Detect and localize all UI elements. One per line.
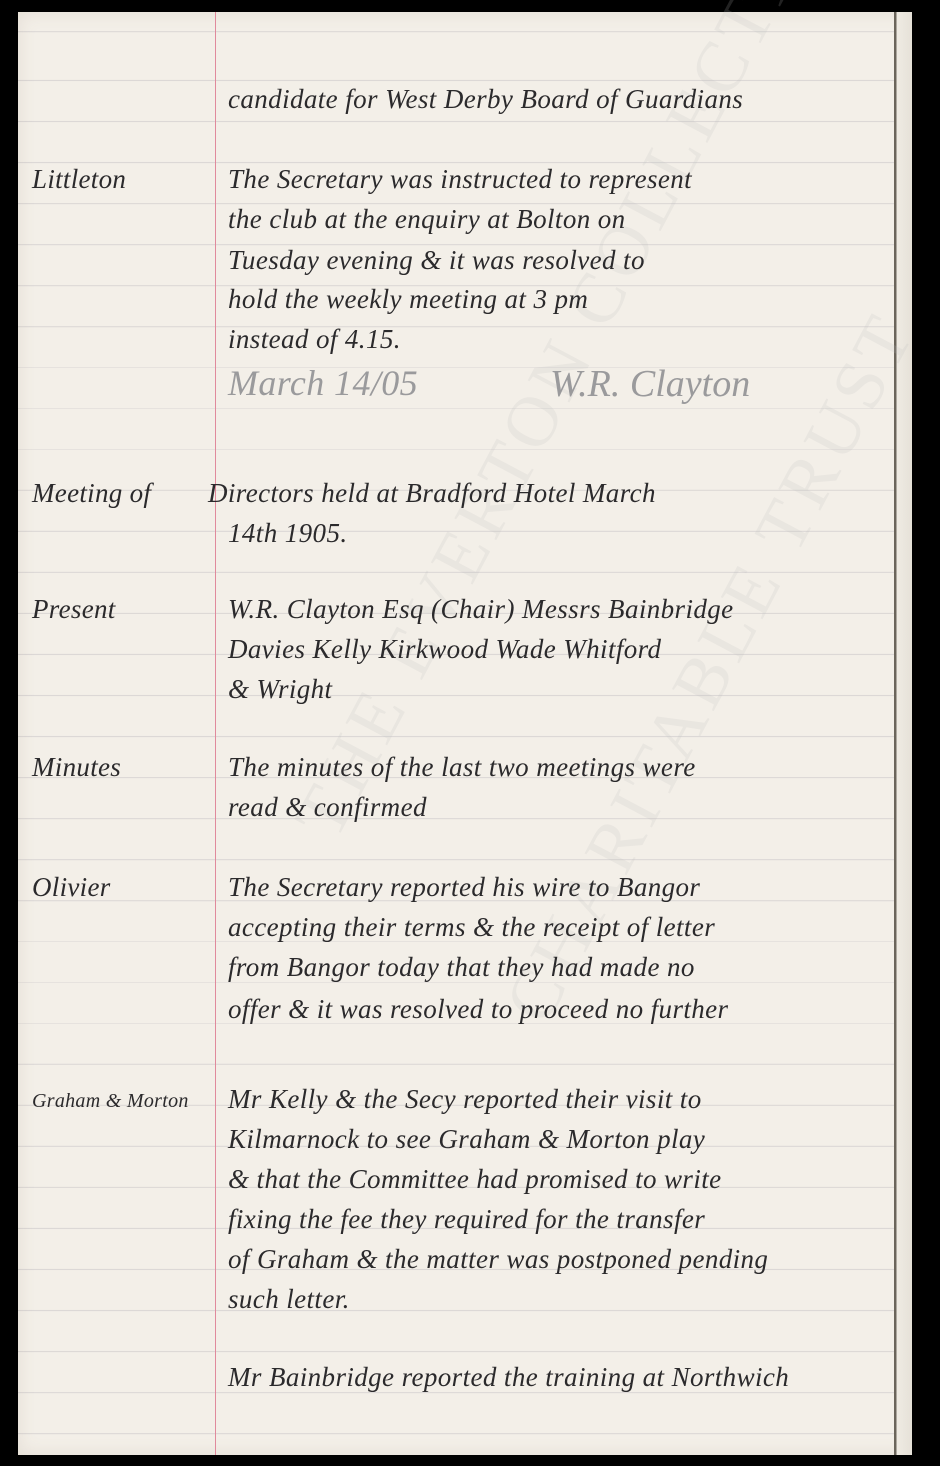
entry-line: The Secretary was instructed to represen… xyxy=(228,164,898,195)
minute-book-page: THE EVERTON COLLECTION CHARITABLE TRUST … xyxy=(18,12,912,1455)
entry-line: W.R. Clayton Esq (Chair) Messrs Bainbrid… xyxy=(228,594,898,625)
entry-line: of Graham & the matter was postponed pen… xyxy=(228,1244,898,1275)
entry-label: Graham & Morton xyxy=(32,1090,212,1113)
signature: W.R. Clayton xyxy=(550,362,750,406)
entry-littleton: Littleton The Secretary was instructed t… xyxy=(18,164,894,204)
entry-line: hold the weekly meeting at 3 pm xyxy=(228,284,898,315)
entry-label: Minutes xyxy=(32,752,212,783)
entry-line: the club at the enquiry at Bolton on xyxy=(228,204,898,235)
entry-label: Present xyxy=(32,594,212,625)
entry-line: Tuesday evening & it was resolved to xyxy=(228,245,898,276)
entry-line: Mr Kelly & the Secy reported their visit… xyxy=(228,1084,898,1115)
watermark-line-1: THE EVERTON COLLECTION xyxy=(278,0,863,851)
entry-label: Meeting of xyxy=(32,478,212,509)
entry-minutes: Minutes The minutes of the last two meet… xyxy=(18,752,894,792)
entry-line: candidate for West Derby Board of Guardi… xyxy=(228,84,898,115)
signoff: March 14/05 W.R. Clayton xyxy=(18,362,894,402)
entry-olivier: Olivier The Secretary reported his wire … xyxy=(18,872,894,912)
entry-line: Kilmarnock to see Graham & Morton play xyxy=(228,1124,898,1155)
entry-line: 14th 1905. xyxy=(228,518,898,549)
entry-line: Directors held at Bradford Hotel March xyxy=(208,478,878,509)
entry-line: such letter. xyxy=(228,1284,898,1315)
entry-line: from Bangor today that they had made no xyxy=(228,952,898,983)
entry-bainbridge: Mr Bainbridge reported the training at N… xyxy=(18,1362,894,1402)
entry-line: Davies Kelly Kirkwood Wade Whitford xyxy=(228,634,898,665)
entry-line: accepting their terms & the receipt of l… xyxy=(228,912,898,943)
entry-line: The minutes of the last two meetings wer… xyxy=(228,752,898,783)
entry-line: & that the Committee had promised to wri… xyxy=(228,1164,898,1195)
entry-present: Present W.R. Clayton Esq (Chair) Messrs … xyxy=(18,594,894,634)
entry-line: fixing the fee they required for the tra… xyxy=(228,1204,898,1235)
entry-line: The Secretary reported his wire to Bango… xyxy=(228,872,898,903)
entry-continuation: candidate for West Derby Board of Guardi… xyxy=(18,84,894,124)
entry-label: Olivier xyxy=(32,872,212,903)
entry-label: Littleton xyxy=(32,164,212,195)
entry-line: offer & it was resolved to proceed no fu… xyxy=(228,994,898,1025)
entry-graham-morton: Graham & Morton Mr Kelly & the Secy repo… xyxy=(18,1084,894,1124)
entry-line: & Wright xyxy=(228,674,898,705)
entry-line: Mr Bainbridge reported the training at N… xyxy=(228,1362,898,1393)
entry-line: instead of 4.15. xyxy=(228,324,898,355)
entry-meeting: Meeting of Directors held at Bradford Ho… xyxy=(18,478,894,518)
entry-line: read & confirmed xyxy=(228,792,898,823)
